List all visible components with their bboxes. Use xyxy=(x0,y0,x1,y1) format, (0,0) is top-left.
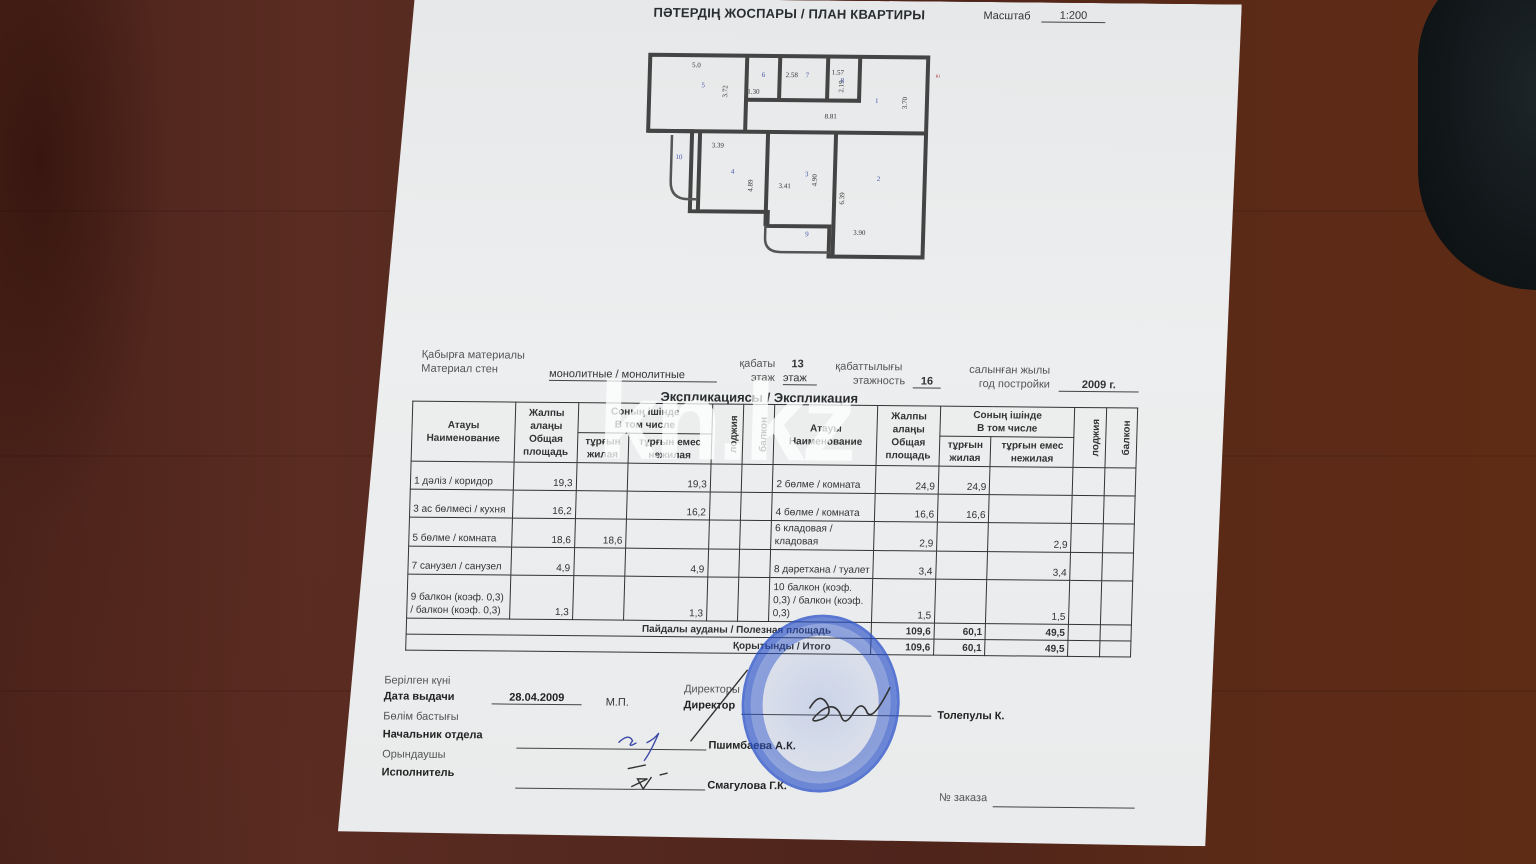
room-number-2: 2 xyxy=(877,175,881,183)
row-nonliving: 1,3 xyxy=(624,576,708,621)
dim-room3-height: 4.90 xyxy=(811,174,819,187)
row-loggia-right xyxy=(1071,523,1103,552)
header-name: АтауыНаименование xyxy=(411,401,516,462)
apartment-number: кв.49 xyxy=(936,74,941,80)
dim-room4-width: 3.39 xyxy=(712,141,725,149)
useful-area-nonliving: 49,5 xyxy=(985,624,1068,641)
row-loggia-right xyxy=(1072,467,1104,495)
row-living xyxy=(572,576,625,620)
room-number-5: 5 xyxy=(701,81,705,89)
row-total-right: 3,4 xyxy=(873,551,936,580)
dim-room2-width: 3.90 xyxy=(853,229,866,237)
grand-total-nonliving: 49,5 xyxy=(985,640,1068,657)
row-total: 18,6 xyxy=(512,518,575,548)
order-number-line xyxy=(993,806,1135,808)
dim-room2-height: 6.39 xyxy=(838,192,846,205)
row-balcony-right xyxy=(1102,524,1134,553)
row-name: 9 балкон (коэф. 0,3) / балкон (коэф. 0,3… xyxy=(407,574,511,619)
header-loggia-right: лоджия xyxy=(1073,407,1106,467)
row-balcony xyxy=(739,549,771,577)
row-nonliving xyxy=(626,519,710,549)
row-balcony-right xyxy=(1101,553,1133,581)
director-name: Толепулы К. xyxy=(937,710,1005,723)
executor-label-kz: Орындаушы xyxy=(382,748,446,761)
issue-date-label-ru: Дата выдачи xyxy=(384,690,455,703)
row-loggia xyxy=(708,549,740,577)
dim-room4-height: 4.89 xyxy=(746,179,754,192)
header-total: ЖалпыалаңыОбщаяплощадь xyxy=(514,402,578,463)
room-number-6: 6 xyxy=(762,71,766,79)
row-total: 16,2 xyxy=(512,490,575,519)
row-nonliving: 4,9 xyxy=(625,548,709,577)
row-total-right: 2,9 xyxy=(874,522,937,552)
row-total-right: 1,5 xyxy=(872,579,936,624)
row-loggia xyxy=(706,577,739,621)
storeys-value: 16 xyxy=(913,375,941,388)
row-name-right: 6 кладовая / кладовая xyxy=(771,521,875,551)
dim-room1-width: 8.81 xyxy=(824,112,837,120)
year-label-ru: год постройки xyxy=(979,378,1050,391)
dim-room6: 1.30 xyxy=(747,88,760,96)
row-name: 1 дәліз / коридор xyxy=(410,461,514,490)
dim-room5-width: 5.0 xyxy=(692,61,701,69)
scale-label: Масштаб xyxy=(983,10,1030,22)
row-living-right xyxy=(934,579,987,623)
row-balcony xyxy=(738,577,771,621)
header-nonliving-right: тұрғын емеснежилая xyxy=(990,437,1074,468)
row-living-right: 24,9 xyxy=(938,466,990,494)
row-balcony-right xyxy=(1100,581,1133,625)
wall-material-label-ru: Материал стен xyxy=(421,363,498,376)
head-label-ru: Начальник отдела xyxy=(383,728,483,741)
row-name-right: 4 бөлме / комната xyxy=(772,493,876,522)
issue-date-value: 28.04.2009 xyxy=(492,691,582,705)
row-balcony xyxy=(741,492,773,520)
row-total: 4,9 xyxy=(511,547,574,576)
row-living: 18,6 xyxy=(574,519,626,548)
room-number-1: 1 xyxy=(875,97,879,105)
year-label-kz: салынған жылы xyxy=(969,364,1050,377)
row-nonliving-right: 2,9 xyxy=(988,523,1072,553)
table-row: 9 балкон (коэф. 0,3) / балкон (коэф. 0,3… xyxy=(407,574,1133,625)
row-loggia xyxy=(708,520,740,549)
row-nonliving-right xyxy=(990,467,1074,496)
row-total-right: 16,6 xyxy=(875,494,938,523)
row-name-right: 8 дәретхана / туалет xyxy=(770,550,874,579)
room-number-9: 9 xyxy=(805,230,809,238)
row-living xyxy=(575,491,627,519)
dim-room5-height: 3.72 xyxy=(721,85,729,98)
head-label-kz: Бөлім бастығы xyxy=(383,710,459,723)
computer-mouse xyxy=(1418,0,1536,290)
watermark: kn.kz xyxy=(596,366,854,478)
storeys-label-ru: этажность xyxy=(853,375,906,388)
header-living-right: тұрғынжилая xyxy=(939,436,991,466)
row-living-right: 16,6 xyxy=(937,494,989,522)
order-label: № заказа xyxy=(939,792,988,804)
dim-room3-width: 3.41 xyxy=(778,182,791,190)
row-nonliving-right: 1,5 xyxy=(986,580,1070,625)
row-loggia-right xyxy=(1069,580,1102,624)
row-loggia-right xyxy=(1072,495,1104,523)
issue-date-label-kz: Берілген күні xyxy=(384,674,451,687)
room-number-10: 10 xyxy=(675,153,683,161)
row-total: 1,3 xyxy=(509,575,573,620)
document-sheet: ПӘТЕРДІҢ ЖОСПАРЫ / ПЛАН КВАРТИРЫ Масштаб… xyxy=(338,0,1242,846)
room-number-7: 7 xyxy=(806,71,810,79)
dim-room7: 2.58 xyxy=(786,71,799,79)
room-number-4: 4 xyxy=(731,168,735,176)
row-balcony-right xyxy=(1104,468,1136,496)
row-total-right: 24,9 xyxy=(876,466,939,495)
row-nonliving: 16,2 xyxy=(626,491,710,520)
grand-total-living: 60,1 xyxy=(934,639,986,655)
row-balcony-right xyxy=(1103,496,1135,524)
dim-room8-width: 1.57 xyxy=(832,69,845,77)
useful-area-total: 109,6 xyxy=(871,623,934,640)
room-number-3: 3 xyxy=(805,170,809,178)
row-total: 19,3 xyxy=(513,462,576,491)
row-loggia-right xyxy=(1070,552,1102,580)
signatures xyxy=(569,658,933,801)
floor-plan: 5.0 3.72 1.30 2.58 1.57 2.19 8.81 3.70 3… xyxy=(634,51,940,266)
year-value: 2009 г. xyxy=(1059,379,1139,393)
scale-value: 1:200 xyxy=(1041,10,1105,24)
header-including-right: Соның ішіндеВ том числе xyxy=(940,406,1075,437)
executor-label-ru: Исполнитель xyxy=(381,766,454,779)
header-total-right: ЖалпыалаңыОбщаяплощадь xyxy=(876,406,940,467)
row-balcony xyxy=(740,520,772,549)
wall-material-label-kz: Қабырға материалы xyxy=(422,349,526,362)
row-nonliving-right xyxy=(989,495,1073,524)
row-living xyxy=(573,548,625,576)
dim-room1-height: 3.70 xyxy=(901,96,909,109)
row-name: 5 бөлме / комната xyxy=(409,517,513,547)
document-title: ПӘТЕРДІҢ ЖОСПАРЫ / ПЛАН КВАРТИРЫ xyxy=(653,5,925,23)
row-nonliving-right: 3,4 xyxy=(987,552,1071,581)
row-living-right xyxy=(936,551,988,579)
row-name: 7 санузел / санузел xyxy=(408,546,512,575)
header-balcony-right: балкон xyxy=(1105,408,1138,468)
row-name: 3 ас бөлмесі / кухня xyxy=(409,489,513,518)
useful-area-living: 60,1 xyxy=(934,623,986,639)
row-loggia xyxy=(709,492,741,520)
row-living-right xyxy=(937,522,989,551)
